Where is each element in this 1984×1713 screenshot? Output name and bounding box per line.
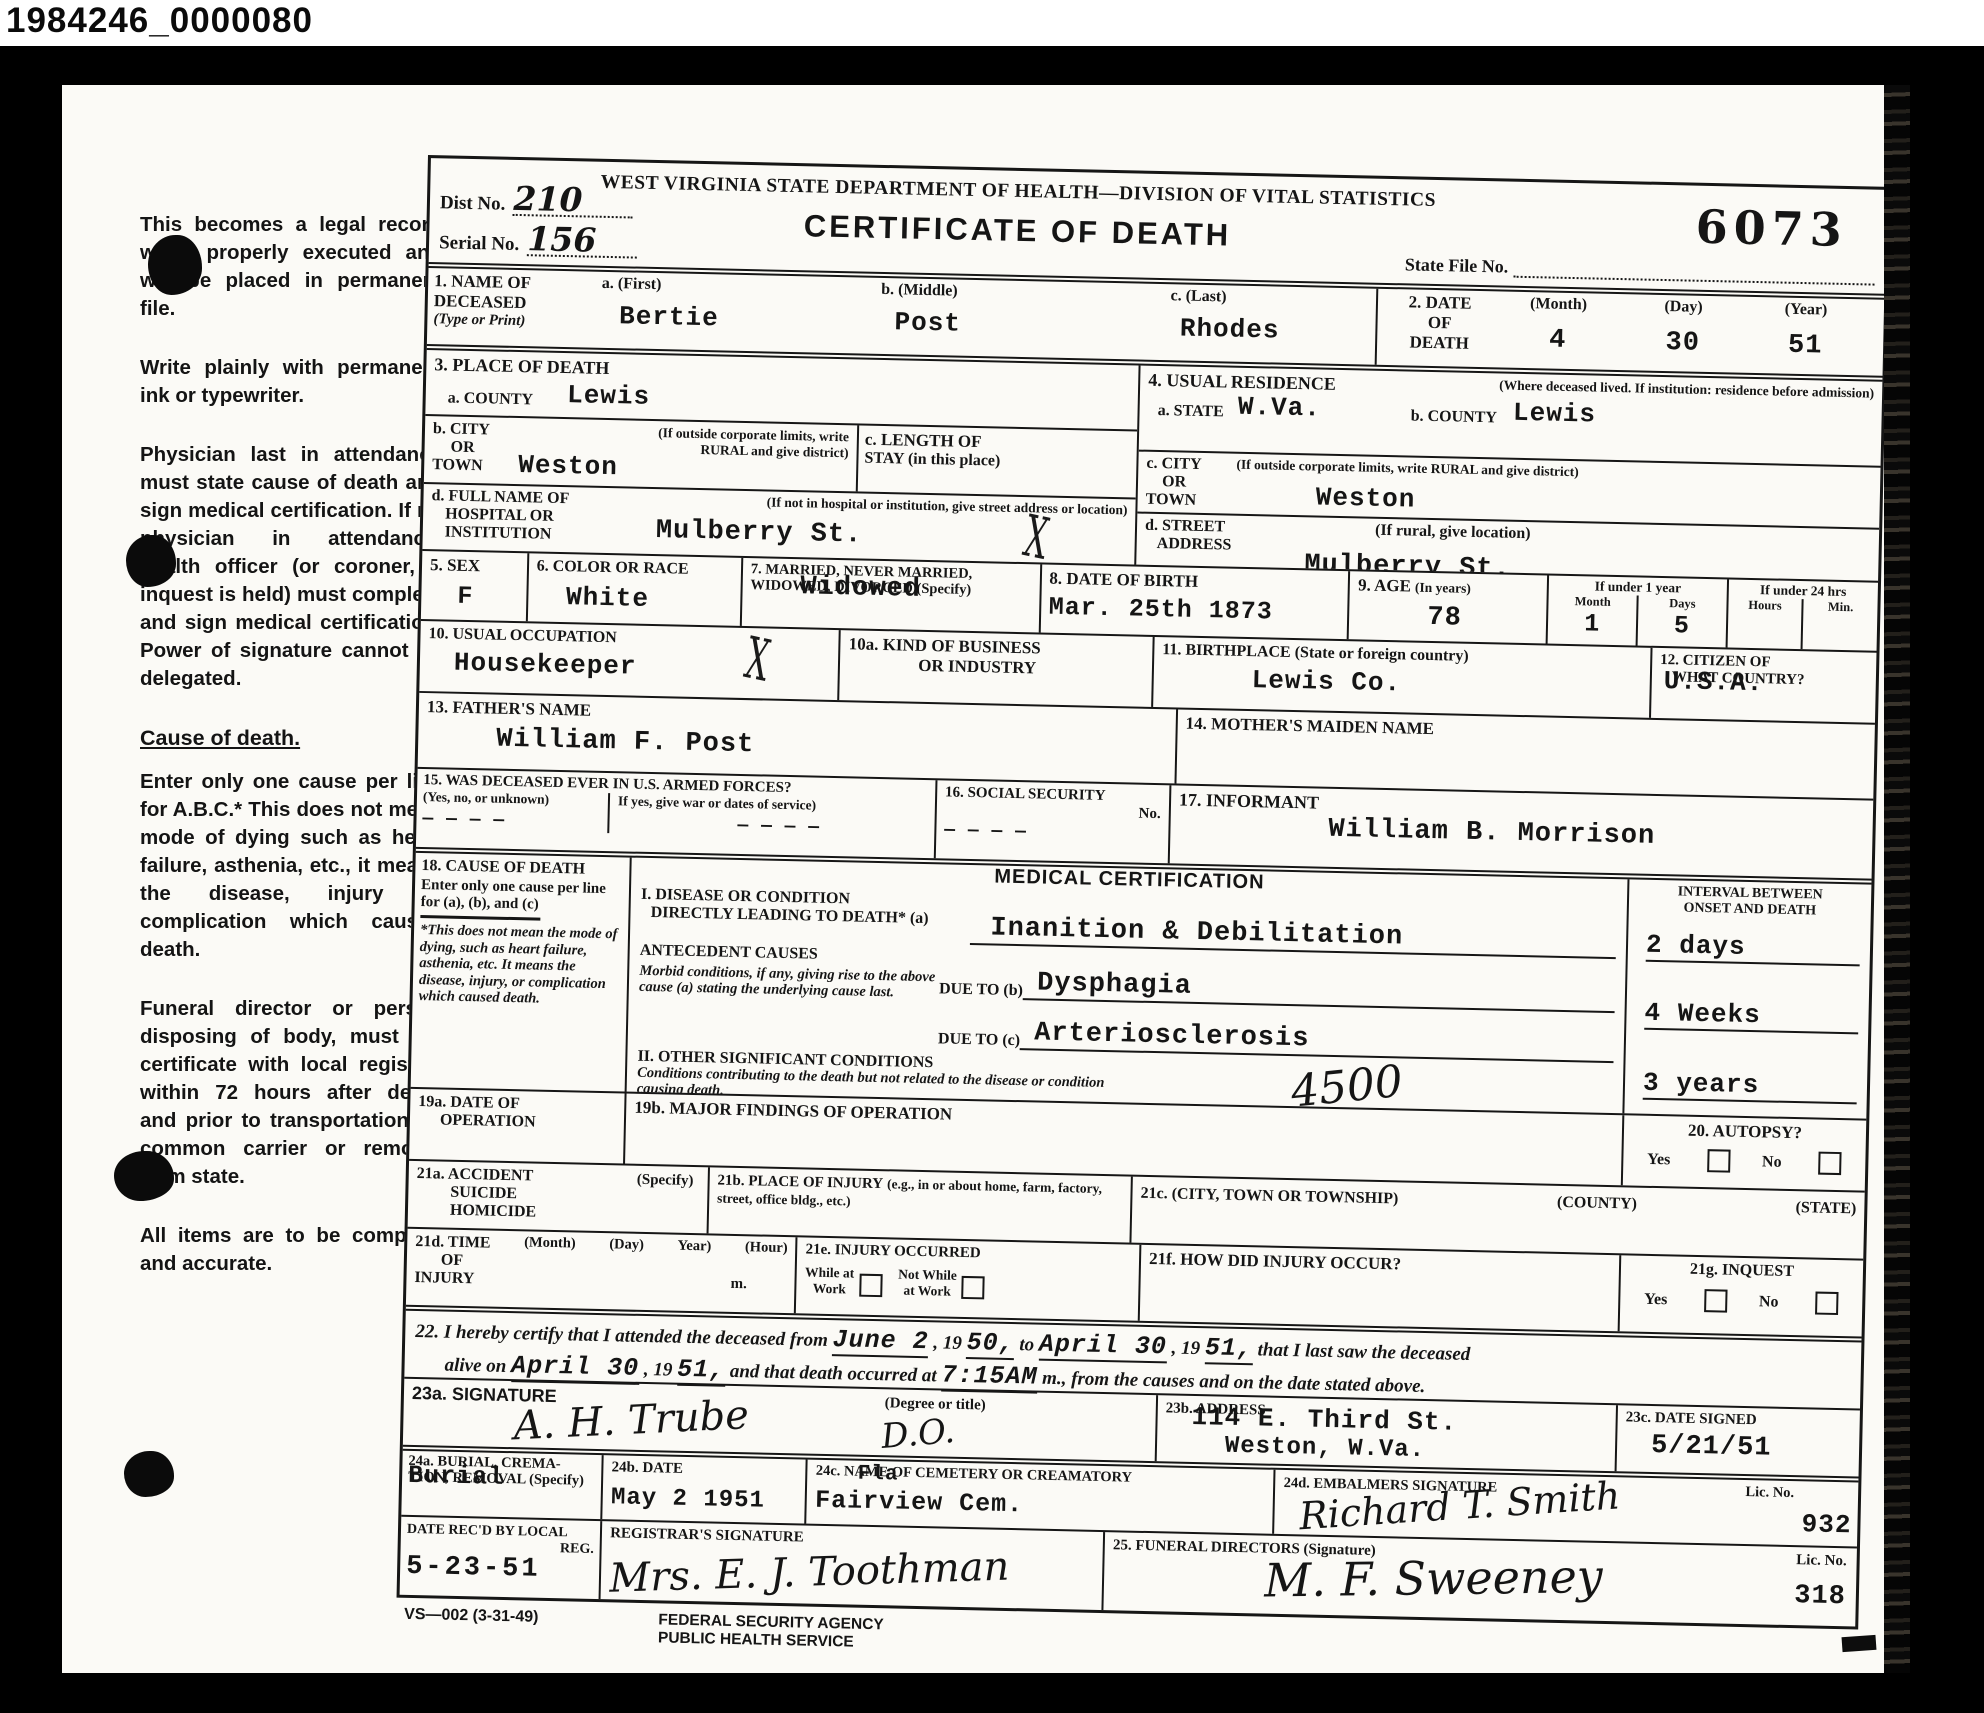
row-medical-certification: 18. CAUSE OF DEATH Enter only one cause … [411, 847, 1872, 1119]
agency-line2: PUBLIC HEALTH SERVICE [658, 1629, 884, 1652]
pod-city-label2: OR [432, 438, 518, 458]
occupation-value: Housekeeper [454, 648, 831, 686]
middle-name-value: Post [894, 307, 1170, 343]
scan-id-label: 1984246_0000080 [0, 0, 1984, 41]
pod-city-hint: (If outside corporate limits, write RURA… [638, 425, 849, 488]
scan-corner-mark [1842, 1635, 1877, 1652]
res-county-label: b. COUNTY [1411, 408, 1498, 428]
dod-year-value: 51 [1745, 330, 1866, 363]
cemetery-value: Fairview Cem. [815, 1485, 1266, 1524]
date-of-operation-label2: OPERATION [418, 1111, 617, 1133]
time-of-injury-label3: INJURY [414, 1269, 474, 1288]
res-state-value: W.Va. [1238, 392, 1322, 424]
due-to-c-label: DUE TO (c) [938, 1030, 1020, 1050]
inquest-label: 21g. INQUEST [1629, 1259, 1855, 1282]
while-at-work-label2: Work [805, 1280, 854, 1297]
antecedent-note: Morbid conditions, if any, giving rise t… [639, 964, 940, 1002]
marital-value: Widowed [800, 572, 1031, 607]
res-city-label2: OR [1146, 473, 1226, 493]
last-name-label: c. (Last) [1170, 287, 1370, 309]
physician-signature-script: A. H. Trube [512, 1392, 749, 1449]
pod-city-label1: b. CITY [433, 420, 519, 440]
dob-label: 8. DATE OF BIRTH [1049, 569, 1340, 595]
usual-residence-state-county: 4. USUAL RESIDENCE (Where deceased lived… [1139, 366, 1883, 466]
certify-from-year: 50, [966, 1328, 1015, 1360]
cemetery-overtype: Fla [857, 1463, 898, 1487]
dod-day-label: (Day) [1621, 297, 1746, 318]
inquest-no-label: No [1759, 1293, 1779, 1311]
certify-text: that I last saw the deceased [1257, 1339, 1470, 1365]
state-file-no-blank [1514, 256, 1875, 286]
injury-occurred-label: 21e. INJURY OCCURRED [805, 1241, 1131, 1265]
certify-text: , 19 [644, 1359, 673, 1381]
res-street-label2: ADDRESS [1145, 535, 1265, 556]
disease-value-a: Inanition & Debilitation [990, 913, 1403, 952]
instruction-paragraph: Enter only one cause per line for A.B.C.… [140, 768, 442, 964]
last-name-value: Rhodes [1180, 313, 1370, 347]
not-while-at-work-label1: Not While [898, 1267, 957, 1284]
certificate-form: Dist No. 210 Serial No. 156 WEST VIRGINI… [396, 155, 1890, 1674]
dod-month-value: 4 [1495, 324, 1621, 357]
ink-blot [124, 1451, 174, 1497]
middle-name-label: b. (Middle) [881, 281, 1171, 305]
date-of-death-label1: 2. DATE [1384, 292, 1496, 314]
ink-blot [114, 1151, 174, 1201]
ink-blot [126, 535, 176, 587]
father-name-value: William F. Post [496, 725, 1167, 770]
due-to-b-value: Dysphagia [1037, 968, 1192, 1001]
toi-m-label: m. [730, 1276, 747, 1294]
date-of-death-label2: OF [1383, 312, 1495, 334]
autopsy-yes-label: Yes [1647, 1150, 1670, 1168]
degree-script: D.O. [880, 1411, 957, 1457]
certify-from-date: June 2 [832, 1325, 929, 1358]
toi-month-label: (Month) [524, 1235, 576, 1254]
while-at-work-checkbox [859, 1274, 882, 1297]
inquest-yes-checkbox [1704, 1289, 1727, 1312]
how-injury-occurred-label: 21f. HOW DID INJURY OCCUR? [1149, 1249, 1611, 1279]
pod-city-label3: TOWN [432, 456, 518, 476]
res-county-value: Lewis [1513, 398, 1597, 430]
funeral-lic-value: 318 [1794, 1581, 1846, 1612]
autopsy-label: 20. AUTOPSY? [1632, 1119, 1858, 1144]
time-of-injury-label1: 21d. TIME [415, 1233, 491, 1253]
certify-text: 22. I hereby certify that I attended the… [415, 1321, 828, 1351]
dod-year-label: (Year) [1746, 300, 1866, 321]
armed-forces-yesno-hint: (Yes, no, or unknown) [423, 789, 608, 809]
certify-alive-date: April 30 [511, 1351, 640, 1385]
birthplace-label: 11. BIRTHPLACE (State or foreign country… [1162, 641, 1642, 669]
res-state-label: a. STATE [1157, 402, 1223, 421]
under1-month-label: Month [1549, 593, 1637, 610]
dod-month-label: (Month) [1496, 294, 1621, 315]
usual-residence-label: 4. USUAL RESIDENCE [1148, 370, 1336, 394]
under1-month-value: 1 [1548, 609, 1636, 640]
pod-county-value: Lewis [567, 380, 651, 412]
date-recd-label1: DATE REC'D BY LOCAL [407, 1522, 568, 1541]
sex-value: F [457, 582, 518, 612]
not-while-at-work-checkbox [961, 1276, 984, 1299]
certify-to-year: 51, [1205, 1333, 1254, 1365]
sex-label: 5. SEX [430, 555, 519, 577]
instruction-paragraph: Funeral director or person disposing of … [140, 995, 442, 1191]
instruction-paragraph: Physician last in attendance must state … [140, 441, 442, 693]
state-file-no-label: State File No. [1405, 254, 1509, 277]
autopsy-yes-checkbox [1707, 1149, 1730, 1172]
handwritten-x-mark: X [1023, 506, 1050, 564]
handwritten-x-mark: X [744, 628, 771, 690]
form-number: VS—002 (3-31-49) [404, 1606, 539, 1645]
hospital-hint: (If not in hospital or institution, give… [656, 492, 1127, 518]
res-city-label3: TOWN [1146, 491, 1226, 511]
age-hint: (In years) [1415, 580, 1471, 596]
birthplace-value: Lewis Co. [1251, 665, 1641, 703]
hospital-value: Mulberry St. [656, 516, 863, 550]
certify-text: , 19 [933, 1332, 962, 1354]
funeral-director-signature-script: M. F. Sweeney [1264, 1549, 1603, 1607]
certify-text: and that death occurred at [730, 1361, 937, 1387]
due-to-c-value: Arteriosclerosis [1034, 1018, 1310, 1054]
date-signed-label: 23c. DATE SIGNED [1626, 1409, 1852, 1431]
toi-year-label: Year) [677, 1239, 711, 1258]
res-city-label1: c. CITY [1146, 455, 1226, 475]
date-of-death-label3: DEATH [1383, 332, 1495, 354]
instruction-paragraph: All items are to be complete and accurat… [140, 1222, 442, 1278]
embalmer-lic-value: 932 [1801, 1509, 1851, 1540]
interval-value-1: 2 days [1646, 930, 1861, 967]
place-of-injury-label: 21b. PLACE OF INJURY [717, 1173, 883, 1193]
armed-forces-dashes: — — — — [422, 809, 607, 833]
accident-specify: (Specify) [637, 1172, 694, 1190]
certify-alive-year: 51, [677, 1355, 726, 1387]
name-label-line3: (Type or Print) [433, 311, 601, 332]
while-at-work-label1: While at [805, 1264, 854, 1281]
dist-no-label: Dist No. [440, 192, 506, 215]
inquest-yes-label: Yes [1644, 1290, 1667, 1308]
interval-value-2: 4 Weeks [1644, 998, 1859, 1035]
autopsy-no-label: No [1762, 1153, 1782, 1171]
ssn-dashes: — — — — [944, 820, 1160, 845]
due-to-b-label: DUE TO (b) [939, 980, 1023, 1000]
injury-county-label: (COUNTY) [1557, 1194, 1637, 1214]
inquest-no-checkbox [1815, 1292, 1838, 1315]
certify-death-time: 7:15AM [941, 1360, 1038, 1393]
dod-day-value: 30 [1620, 327, 1746, 360]
interval-value-3: 3 years [1643, 1068, 1858, 1105]
antecedent-causes-block: ANTECEDENT CAUSES Morbid conditions, if … [628, 938, 1626, 1068]
place-of-death-label: 3. PLACE OF DEATH [434, 354, 609, 378]
age-value: 78 [1427, 603, 1539, 635]
first-name-label: a. (First) [602, 275, 882, 299]
instruction-paragraph: Write plainly with permanent ink or type… [140, 354, 442, 410]
embalmer-lic-label: Lic. No. [1745, 1485, 1794, 1502]
ssn-label2: No. [944, 801, 1160, 823]
row-place-and-residence: 3. PLACE OF DEATH a. COUNTY Lewis b. CIT… [422, 344, 1882, 581]
certify-text: alive on [444, 1355, 506, 1377]
scan-edge-artifact [1884, 85, 1910, 1673]
cause-note2: *This does not mean the mode of dying, s… [418, 922, 622, 1009]
certificate-number-stamp: 6073 [1695, 200, 1848, 257]
cause-of-death-label: 18. CAUSE OF DEATH [421, 857, 624, 879]
hospital-label3: INSTITUTION [431, 523, 656, 546]
injury-city-label: 21c. (CITY, TOWN OR TOWNSHIP) [1140, 1185, 1398, 1209]
instructions-sidebar: This becomes a legal record when properl… [140, 211, 442, 1309]
cause-note1: Enter only one cause per line for (a), (… [421, 877, 624, 915]
certify-text: m., from the causes and on the date stat… [1042, 1368, 1426, 1397]
handwritten-4500: 4500 [1289, 1056, 1406, 1113]
certify-to-date: April 30 [1039, 1330, 1168, 1364]
under1-days-value: 5 [1638, 611, 1726, 642]
toi-hour-label: (Hour) [745, 1240, 788, 1259]
race-value: White [566, 582, 733, 616]
injury-state-label: (STATE) [1795, 1199, 1856, 1218]
pod-county-label: a. COUNTY [447, 389, 533, 409]
autopsy-no-checkbox [1818, 1152, 1841, 1175]
under24-min-label: Min. [1800, 599, 1877, 651]
antecedent-label: ANTECEDENT CAUSES [640, 942, 940, 967]
registrar-signature-script: Mrs. E. J. Toothman [609, 1544, 1010, 1602]
age-label: 9. AGE [1358, 575, 1411, 595]
burial-date-label: 24b. DATE [611, 1459, 798, 1480]
ink-blot [148, 235, 202, 295]
scanned-document-view: 1984246_0000080 This becomes a legal rec… [0, 0, 1984, 1713]
accident-label1: 21a. ACCIDENT [417, 1165, 534, 1185]
under24-hours-label: Hours [1727, 597, 1802, 651]
certify-text: to [1019, 1334, 1034, 1355]
certify-text: , 19 [1171, 1338, 1200, 1360]
scan-id-bar: 1984246_0000080 [0, 0, 1984, 46]
cause-of-death-heading: Cause of death. [140, 724, 442, 752]
certificate-page: This becomes a legal record when properl… [62, 85, 1910, 1673]
res-city-value: Weston [1315, 482, 1415, 514]
armed-forces-dashes2: — — — — [737, 815, 928, 839]
dob-value: Mar. 25th 1873 [1048, 593, 1339, 628]
not-while-at-work-label2: at Work [898, 1282, 957, 1299]
race-label: 6. COLOR OR RACE [536, 557, 732, 579]
funeral-lic-label: Lic. No. [1796, 1553, 1847, 1570]
burial-date-value: May 2 1951 [611, 1484, 798, 1515]
first-name-value: Bertie [619, 301, 881, 337]
pod-city-value: Weston [518, 450, 618, 482]
date-signed-value: 5/21/51 [1651, 1431, 1852, 1465]
toi-day-label: (Day) [609, 1237, 644, 1256]
